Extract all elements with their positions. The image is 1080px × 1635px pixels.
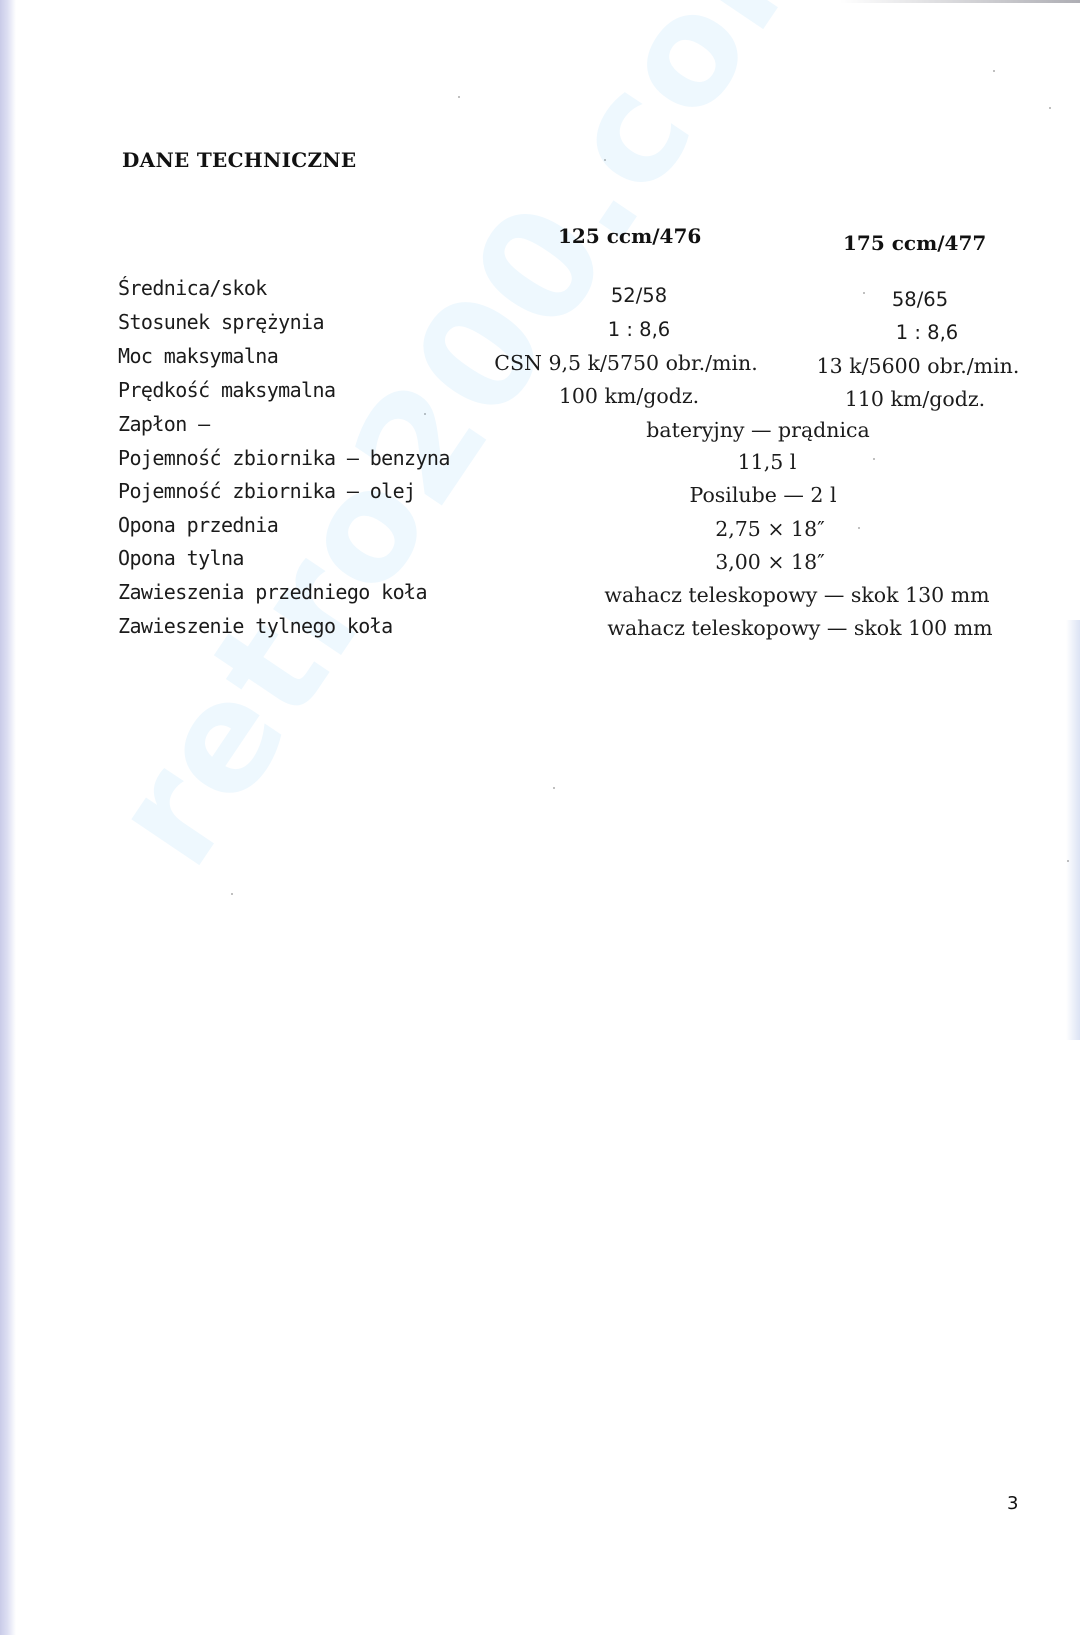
scan-speck bbox=[424, 413, 426, 415]
scan-speck bbox=[873, 458, 875, 460]
value-fuel-tank: 11,5 l bbox=[738, 450, 797, 474]
value-max-speed-125: 100 km/godz. bbox=[559, 384, 699, 408]
scan-edge-top bbox=[840, 0, 1080, 3]
value-oil-tank: Posilube — 2 l bbox=[689, 483, 836, 507]
scan-edge-right bbox=[1066, 620, 1080, 1040]
row-label-front-tyre: Opona przednia bbox=[118, 513, 278, 537]
row-label-rear-tyre: Opona tylna bbox=[118, 546, 244, 570]
value-compression-ratio-125: 1 : 8,6 bbox=[608, 318, 670, 341]
scan-speck bbox=[458, 96, 460, 98]
value-front-tyre: 2,75 × 18″ bbox=[715, 517, 825, 541]
row-label-front-suspension: Zawieszenia przedniego koła bbox=[118, 580, 427, 604]
value-ignition: bateryjny — prądnica bbox=[646, 418, 870, 442]
row-label-compression-ratio: Stosunek sprężynia bbox=[118, 310, 324, 334]
value-rear-tyre: 3,00 × 18″ bbox=[715, 550, 825, 574]
value-max-speed-175: 110 km/godz. bbox=[845, 387, 985, 411]
scan-edge-left bbox=[0, 0, 16, 1635]
value-front-suspension: wahacz teleskopowy — skok 130 mm bbox=[604, 583, 989, 607]
scan-speck bbox=[993, 70, 995, 72]
scan-speck bbox=[1067, 860, 1069, 862]
row-label-max-speed: Prędkość maksymalna bbox=[118, 378, 335, 402]
page-title: DANE TECHNICZNE bbox=[122, 148, 356, 172]
value-rear-suspension: wahacz teleskopowy — skok 100 mm bbox=[607, 616, 992, 640]
page-number: 3 bbox=[1007, 1493, 1018, 1514]
value-max-power-175: 13 k/5600 obr./min. bbox=[817, 354, 1020, 378]
scan-speck bbox=[553, 787, 555, 789]
row-label-oil-tank: Pojemność zbiornika — olej bbox=[118, 479, 415, 503]
scan-speck bbox=[858, 527, 860, 529]
row-label-rear-suspension: Zawieszenie tylnego koła bbox=[118, 614, 393, 638]
row-label-max-power: Moc maksymalna bbox=[118, 344, 278, 368]
row-label-ignition: Zapłon — bbox=[118, 412, 210, 436]
value-bore-stroke-125: 52/58 bbox=[611, 284, 667, 307]
column-header-175ccm: 175 ccm/477 bbox=[843, 231, 986, 255]
value-bore-stroke-175: 58/65 bbox=[892, 288, 948, 311]
scan-speck bbox=[1049, 107, 1051, 109]
value-max-power-125: CSN 9,5 k/5750 obr./min. bbox=[494, 351, 757, 375]
scan-speck bbox=[863, 292, 865, 294]
row-label-bore-stroke: Średnica/skok bbox=[118, 276, 267, 300]
column-header-125ccm: 125 ccm/476 bbox=[558, 224, 701, 248]
scan-speck bbox=[604, 159, 606, 161]
scan-speck bbox=[231, 893, 233, 895]
value-compression-ratio-175: 1 : 8,6 bbox=[896, 321, 958, 344]
row-label-fuel-tank: Pojemność zbiornika — benzyna bbox=[118, 446, 450, 470]
